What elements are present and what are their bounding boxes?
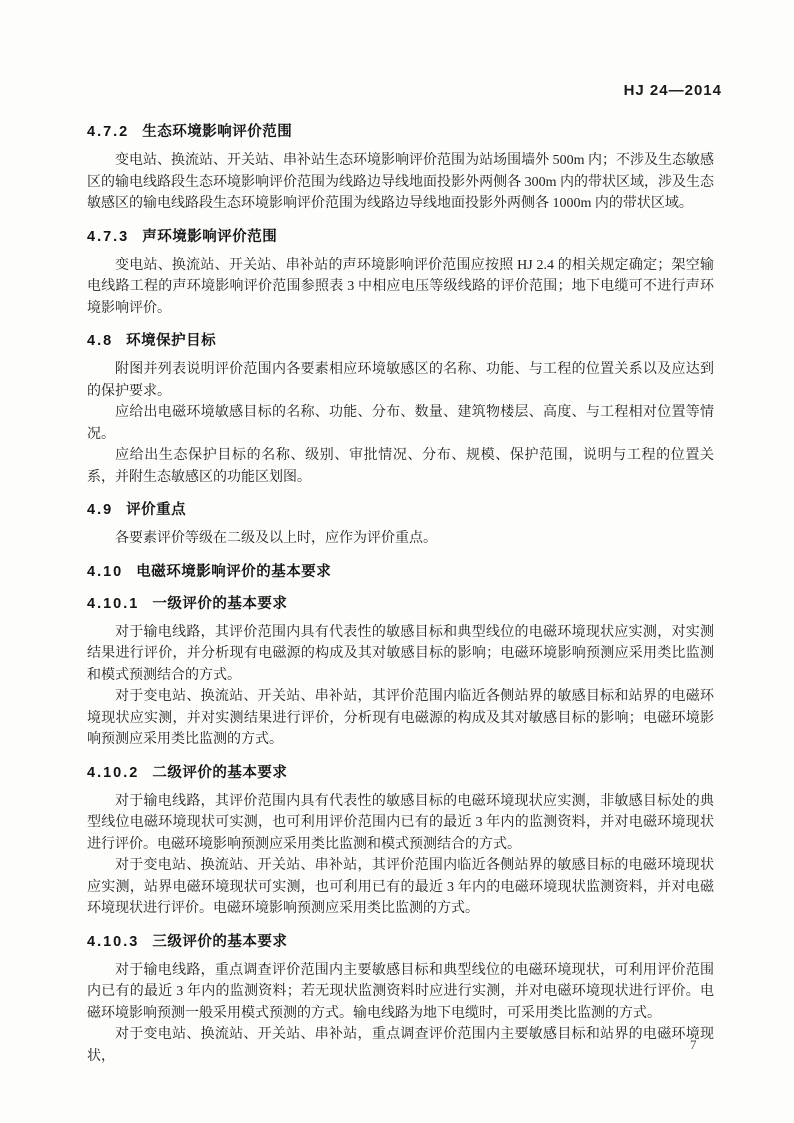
section-heading-4-7-2: 4.7.2生态环境影响评价范围 bbox=[87, 122, 714, 142]
section-number: 4.7.3 bbox=[87, 229, 129, 245]
section-title: 二级评价的基本要求 bbox=[152, 765, 287, 781]
section-heading-4-10-3: 4.10.3三级评价的基本要求 bbox=[87, 932, 714, 952]
section-title: 环境保护目标 bbox=[126, 333, 216, 349]
section-title: 评价重点 bbox=[126, 502, 186, 518]
section-title: 生态环境影响评价范围 bbox=[142, 124, 292, 140]
section-heading-4-7-3: 4.7.3声环境影响评价范围 bbox=[87, 227, 714, 247]
section-number: 4.8 bbox=[87, 333, 113, 349]
page-content: 4.7.2生态环境影响评价范围 变电站、换流站、开关站、串补站生态环境影响评价范… bbox=[87, 110, 714, 1067]
section-number: 4.10.2 bbox=[87, 765, 139, 781]
paragraph: 变电站、换流站、开关站、串补站的声环境影响评价范围应按照 HJ 2.4 的相关规… bbox=[87, 255, 714, 320]
section-title: 一级评价的基本要求 bbox=[152, 596, 287, 612]
section-heading-4-8: 4.8环境保护目标 bbox=[87, 331, 714, 351]
paragraph: 变电站、换流站、开关站、串补站生态环境影响评价范围为站场围墙外 500m 内；不… bbox=[87, 150, 714, 215]
section-title: 电磁环境影响评价的基本要求 bbox=[136, 564, 331, 580]
section-heading-4-10-1: 4.10.1一级评价的基本要求 bbox=[87, 594, 714, 614]
paragraph: 应给出生态保护目标的名称、级别、审批情况、分布、规模、保护范围，说明与工程的位置… bbox=[87, 445, 714, 488]
section-number: 4.9 bbox=[87, 502, 113, 518]
section-number: 4.10.1 bbox=[87, 596, 139, 612]
section-heading-4-10-2: 4.10.2二级评价的基本要求 bbox=[87, 763, 714, 783]
paragraph: 对于变电站、换流站、开关站、串补站，重点调查评价范围内主要敏感目标和站界的电磁环… bbox=[87, 1024, 714, 1067]
paragraph: 应给出电磁环境敏感目标的名称、功能、分布、数量、建筑物楼层、高度、与工程相对位置… bbox=[87, 402, 714, 445]
section-heading-4-10: 4.10电磁环境影响评价的基本要求 bbox=[87, 562, 714, 582]
paragraph: 对于变电站、换流站、开关站、串补站，其评价范围内临近各侧站界的敏感目标和站界的电… bbox=[87, 686, 714, 751]
paragraph: 对于输电线路，其评价范围内具有代表性的敏感目标和典型线位的电磁环境现状应实测，对… bbox=[87, 622, 714, 687]
page-number: 7 bbox=[690, 1037, 697, 1053]
standard-code-header: HJ 24—2014 bbox=[624, 82, 722, 99]
paragraph: 对于输电线路，重点调查评价范围内主要敏感目标和典型线位的电磁环境现状，可利用评价… bbox=[87, 960, 714, 1025]
paragraph: 对于输电线路，其评价范围内具有代表性的敏感目标的电磁环境现状应实测，非敏感目标处… bbox=[87, 791, 714, 856]
paragraph: 各要素评价等级在二级及以上时，应作为评价重点。 bbox=[87, 528, 714, 550]
section-number: 4.7.2 bbox=[87, 124, 129, 140]
document-page: HJ 24—2014 4.7.2生态环境影响评价范围 变电站、换流站、开关站、串… bbox=[0, 0, 794, 1123]
section-heading-4-9: 4.9评价重点 bbox=[87, 500, 714, 520]
paragraph: 附图并列表说明评价范围内各要素相应环境敏感区的名称、功能、与工程的位置关系以及应… bbox=[87, 359, 714, 402]
section-number: 4.10 bbox=[87, 564, 123, 580]
paragraph: 对于变电站、换流站、开关站、串补站，其评价范围内临近各侧站界的敏感目标的电磁环境… bbox=[87, 855, 714, 920]
section-number: 4.10.3 bbox=[87, 934, 139, 950]
section-title: 声环境影响评价范围 bbox=[142, 229, 277, 245]
section-title: 三级评价的基本要求 bbox=[152, 934, 287, 950]
